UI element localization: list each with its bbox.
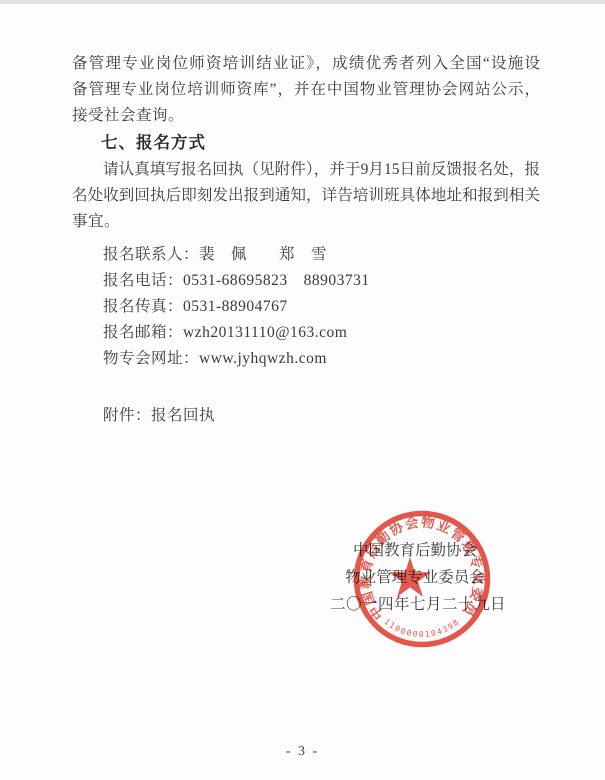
paragraph-line-2: 名处收到回执后即刻发出报到通知，详告培训班具体地址和报到相关 [72, 186, 540, 206]
contact-person-label: 报名联系人： [103, 246, 199, 263]
paragraph-line-3: 事宜。 [72, 212, 540, 232]
intro-line-2: 备管理专业岗位培训师资库”，并在中国物业管理协会网站公示， [72, 80, 540, 100]
contact-phone-row: 报名电话：0531-68695823 88903731 [103, 271, 563, 291]
attachment-line: 附件：报名回执 [103, 406, 563, 426]
intro-line-1: 备管理专业岗位师资培训结业证》，成绩优秀者列入全国“设施设 [72, 54, 540, 74]
red-star-icon [389, 557, 431, 597]
contact-fax-label: 报名传真： [103, 298, 183, 315]
official-seal: 中国教育后勤协会物业管理专业委员会 1100000104398 [348, 505, 496, 653]
seal-ring-text: 中国教育后勤协会物业管理专业委员会 [348, 505, 487, 623]
contact-person-value: 裴 佩 郑 雪 [199, 246, 327, 263]
contact-email-label: 报名邮箱： [103, 324, 183, 341]
contact-website-row: 物专会网址：www.jyhqwzh.com [103, 349, 563, 369]
contact-email-value: wzh20131110@163.com [183, 324, 347, 341]
section-heading: 七、报名方式 [101, 133, 569, 153]
page-number: - 3 - [0, 744, 605, 760]
contact-phone-value: 0531-68695823 88903731 [183, 272, 370, 289]
contact-person-row: 报名联系人：裴 佩 郑 雪 [103, 245, 563, 265]
paragraph-line-1: 请认真填写报名回执（见附件），并于9月15日前反馈报名处，报 [72, 160, 540, 180]
contact-website-label: 物专会网址： [103, 350, 199, 367]
svg-text:中国教育后勤协会物业管理专业委员会: 中国教育后勤协会物业管理专业委员会 [348, 505, 487, 623]
contact-website-value: www.jyhqwzh.com [199, 350, 327, 367]
seal-ring [357, 514, 488, 645]
contact-fax-row: 报名传真：0531-88904767 [103, 297, 563, 317]
contact-fax-value: 0531-88904767 [183, 298, 288, 315]
scan-edge-shadow [0, 0, 605, 4]
scanned-notice-page: 备管理专业岗位师资培训结业证》，成绩优秀者列入全国“设施设 备管理专业岗位培训师… [0, 0, 605, 780]
contact-phone-label: 报名电话： [103, 272, 183, 289]
intro-line-3: 接受社会查询。 [72, 106, 540, 126]
contact-email-row: 报名邮箱：wzh20131110@163.com [103, 323, 563, 343]
